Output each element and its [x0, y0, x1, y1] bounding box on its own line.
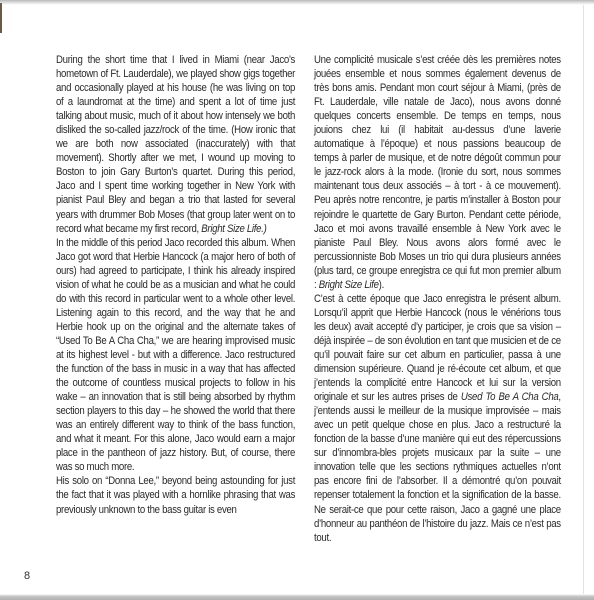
page-number: 8: [24, 570, 30, 582]
paragraph-text-tail: ).: [379, 279, 384, 291]
paragraph-donna-lee: His solo on “Donna Lee,” beyond being as…: [56, 474, 295, 516]
french-text-column: Une complicité musicale s’est créée dès …: [314, 53, 561, 545]
paragraph-complicite: Une complicité musicale s’est créée dès …: [314, 53, 561, 292]
album-title-italic: Bright Size Life: [319, 279, 379, 291]
english-text-column: During the short time that I lived in Mi…: [56, 53, 295, 517]
paragraph-miami: During the short time that I lived in Mi…: [56, 53, 295, 236]
page-fold-line: [583, 5, 584, 595]
scan-left-edge: [0, 3, 2, 33]
scan-bottom-edge: [0, 594, 594, 600]
paragraph-text: During the short time that I lived in Mi…: [56, 54, 295, 235]
song-title-italic: Used To Be A Cha Cha: [461, 391, 559, 403]
paragraph-text: C’est à cette époque que Jaco enregistra…: [314, 293, 561, 403]
paragraph-text-tail: , j’entends aussi le meilleur de la musi…: [314, 391, 561, 543]
paragraph-text: In the middle of this period Jaco record…: [56, 237, 295, 474]
paragraph-enregistrement: C’est à cette époque que Jaco enregistra…: [314, 292, 561, 545]
album-title-italic: Bright Size Life.): [201, 223, 266, 235]
paragraph-text: Une complicité musicale s’est créée dès …: [314, 54, 561, 291]
paragraph-recording: In the middle of this period Jaco record…: [56, 236, 295, 475]
scan-top-edge: [0, 0, 594, 5]
paragraph-text: His solo on “Donna Lee,” beyond being as…: [56, 475, 295, 515]
